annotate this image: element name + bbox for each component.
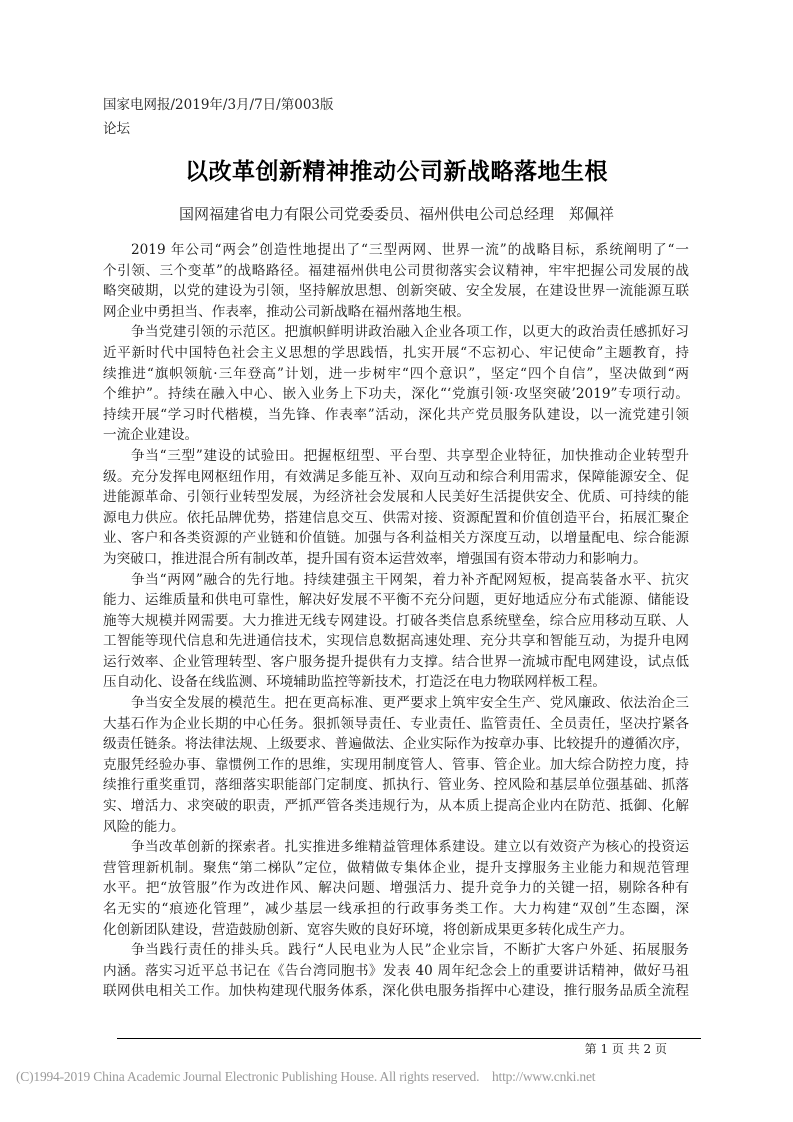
text-line: 营管理新机制。聚焦“第二梯队”定位，做精做专集体企业，提升支撑服务主业能力和规范… xyxy=(103,858,689,879)
text-line: 一流企业建设。 xyxy=(103,425,689,446)
paragraph-party-building: 争当党建引领的示范区。把旗帜鲜明讲政治融入企业各项工作，以更大的政治责任感抓好习… xyxy=(103,322,689,446)
text-line: 级。充分发挥电网枢纽作用，有效满足多能互补、双向互动和综合利用需求，保障能源安全… xyxy=(103,467,689,488)
paragraph-reform: 争当改革创新的探索者。扎实推进多维精益管理体系建设。建立以有效资产为核心的投资运… xyxy=(103,837,689,940)
article-title: 以改革创新精神推动公司新战略落地生根 xyxy=(0,156,793,188)
paragraph-safety: 争当安全发展的模范生。把在更高标准、更严要求上筑牢安全生产、党风廉政、依法治企三… xyxy=(103,693,689,837)
paragraph-two-networks: 争当“两网”融合的先行地。持续建强主干网架，着力补齐配网短板，提高装备水平、抗灾… xyxy=(103,570,689,694)
paragraph-responsibility: 争当践行责任的排头兵。践行“人民电业为人民”企业宗旨，不断扩大客户外延、拓展服务… xyxy=(103,940,689,1002)
text-line: 联网供电相关工作。加快构建现代服务体系，深化供电服务指挥中心建设，推行服务品质全… xyxy=(103,981,689,1002)
text-line: 大基石作为企业长期的中心任务。狠抓领导责任、专业责任、监管责任、全员责任，坚决拧… xyxy=(103,714,689,735)
text-line: 争当安全发展的模范生。把在更高标准、更严要求上筑牢安全生产、党风廉政、依法治企三 xyxy=(103,693,689,714)
text-line: 风险的能力。 xyxy=(103,817,689,838)
text-line: 2019 年公司“两会”创造性地提出了“三型两网、世界一流”的战略目标，系统阐明… xyxy=(103,240,689,261)
text-line: 争当“三型”建设的试验田。把握枢纽型、平台型、共享型企业特征，加快推动企业转型升 xyxy=(103,446,689,467)
page-indicator: 第 1 页 共 2 页 xyxy=(585,1040,667,1058)
publication-source: 国家电网报/2019年/3月/7日/第003版 xyxy=(103,95,334,115)
text-line: 续推进“旗帜领航·三年登高”计划，进一步树牢“四个意识”，坚定“四个自信”，坚决… xyxy=(103,364,689,385)
text-line: 能力、运维质量和供电可靠性，解决好发展不平衡不充分问题，更好地适应分布式能源、储… xyxy=(103,590,689,611)
column-name: 论坛 xyxy=(103,119,130,139)
paragraph-intro: 2019 年公司“两会”创造性地提出了“三型两网、世界一流”的战略目标，系统阐明… xyxy=(103,240,689,322)
text-line: 水平。把“放管服”作为改进作风、解决问题、增强活力、提升竞争力的关键一招，剔除各… xyxy=(103,878,689,899)
text-line: 续推行重奖重罚，落细落实职能部门定制度、抓执行、管业务、控风险和基层单位强基础、… xyxy=(103,775,689,796)
text-line: 持续开展“学习时代楷模，当先锋、作表率”活动，深化共产党员服务队建设，以一流党建… xyxy=(103,405,689,426)
text-line: 工智能等现代信息和先进通信技术，实现信息数据高速处理、充分共享和智能互动，为提升… xyxy=(103,631,689,652)
text-line: 争当“两网”融合的先行地。持续建强主干网架，着力补齐配网短板，提高装备水平、抗灾 xyxy=(103,570,689,591)
text-line: 级责任链条。将法律法规、上级要求、普遍做法、企业实际作为按章办事、比较提升的遵循… xyxy=(103,734,689,755)
text-line: 网企业中勇担当、作表率，推动公司新战略在福州落地生根。 xyxy=(103,302,689,323)
text-line: 化创新团队建设，营造鼓励创新、宽容失败的良好环境，将创新成果更多转化成生产力。 xyxy=(103,920,689,941)
text-line: 个维护”。持续在融入中心、嵌入业务上下功夫，深化“‘党旗引领·攻坚突破’2019… xyxy=(103,384,689,405)
paragraph-three-types: 争当“三型”建设的试验田。把握枢纽型、平台型、共享型企业特征，加快推动企业转型升… xyxy=(103,446,689,570)
text-line: 个引领、三个变革”的战略路径。福建福州供电公司贯彻落实会议精神，牢牢把握公司发展… xyxy=(103,261,689,282)
text-line: 进能源革命、引领行业转型发展，为经济社会发展和人民美好生活提供安全、优质、可持续… xyxy=(103,487,689,508)
text-line: 名无实的“痕迹化管理”，减少基层一线承担的行政事务类工作。大力构建“双创”生态圈… xyxy=(103,899,689,920)
text-line: 内涵。落实习近平总书记在《告台湾同胞书》发表 40 周年纪念会上的重要讲话精神，… xyxy=(103,961,689,982)
text-line: 略突破期，以党的建设为引领，坚持解放思想、创新突破、安全发展，在建设世界一流能源… xyxy=(103,281,689,302)
text-line: 压自动化、设备在线监测、环境辅助监控等新技术，打造泛在电力物联网样板工程。 xyxy=(103,672,689,693)
copyright-notice: (C)1994-2019 China Academic Journal Elec… xyxy=(16,1069,595,1085)
text-line: 争当党建引领的示范区。把旗帜鲜明讲政治融入企业各项工作，以更大的政治责任感抓好习 xyxy=(103,322,689,343)
article-body: 2019 年公司“两会”创造性地提出了“三型两网、世界一流”的战略目标，系统阐明… xyxy=(103,240,689,1002)
text-line: 争当践行责任的排头兵。践行“人民电业为人民”企业宗旨，不断扩大客户外延、拓展服务 xyxy=(103,940,689,961)
article-byline: 国网福建省电力有限公司党委委员、福州供电公司总经理 郑佩祥 xyxy=(0,203,793,225)
text-line: 争当改革创新的探索者。扎实推进多维精益管理体系建设。建立以有效资产为核心的投资运 xyxy=(103,837,689,858)
text-line: 源电力供应。依托品牌优势，搭建信息交互、供需对接、资源配置和价值创造平台，拓展汇… xyxy=(103,508,689,529)
text-line: 克服凭经验办事、靠惯例工作的思维，实现用制度管人、管事、管企业。加大综合防控力度… xyxy=(103,755,689,776)
text-line: 为突破口，推进混合所有制改革，提升国有资本运营效率，增强国有资本带动力和影响力。 xyxy=(103,549,689,570)
text-line: 运行效率、企业管理转型、客户服务提升提供有力支撑。结合世界一流城市配电网建设，试… xyxy=(103,652,689,673)
text-line: 业、客户和各类资源的产业链和价值链。加强与各利益相关方深度互动，以增量配电、综合… xyxy=(103,528,689,549)
text-line: 实、增活力、求突破的职责，严抓严管各类违规行为，从本质上提高企业内在防范、抵御、… xyxy=(103,796,689,817)
text-line: 近平新时代中国特色社会主义思想的学思践悟，扎实开展“不忘初心、牢记使命”主题教育… xyxy=(103,343,689,364)
text-line: 施等大规模并网需要。大力推进无线专网建设。打破各类信息系统壁垒，综合应用移动互联… xyxy=(103,611,689,632)
footer-divider xyxy=(117,1038,701,1039)
